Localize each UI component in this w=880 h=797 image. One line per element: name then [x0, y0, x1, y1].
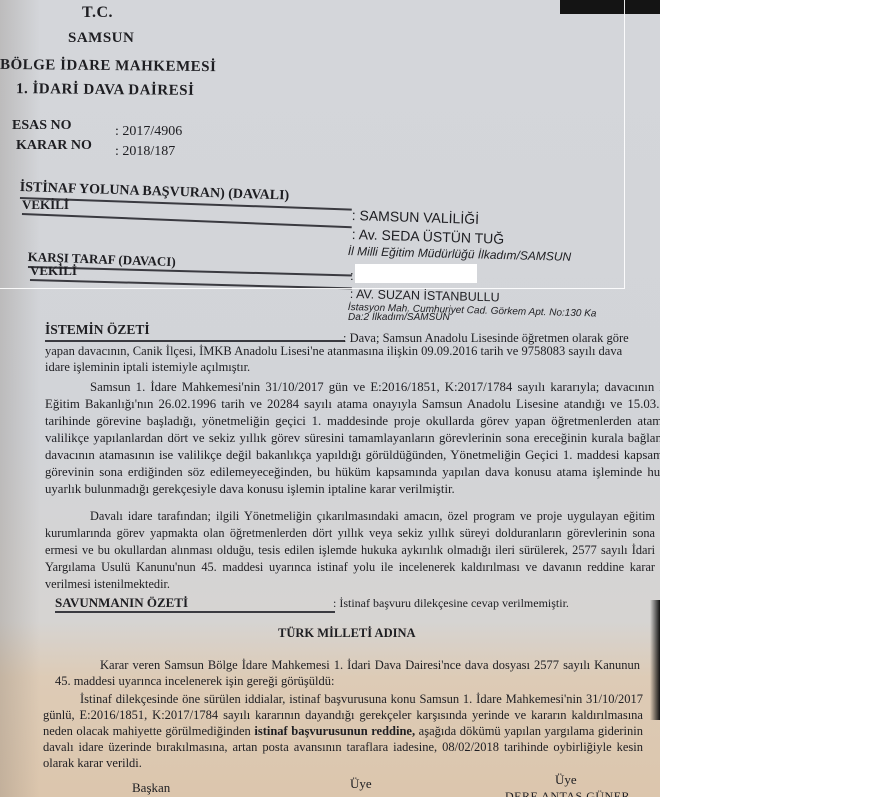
page-edge-shadow	[650, 600, 660, 720]
appeal-grounds-paragraph: Davalı idare tarafından; ilgili Yönetmel…	[45, 508, 655, 593]
president-signature-label: Başkan	[132, 780, 170, 796]
document-photo: T.C. SAMSUN BÖLGE İDARE MAHKEMESİ 1. İDA…	[0, 0, 660, 797]
summary-line-2: idare işleminin iptali istemiyle açılmış…	[45, 360, 250, 375]
underline	[55, 611, 335, 613]
defense-label: SAVUNMANIN ÖZETİ	[55, 595, 188, 611]
decision-intro-paragraph: Karar veren Samsun Bölge İdare Mahkemesi…	[55, 657, 640, 689]
respondent-agent-address-line2: Da:2 İlkadım/SAMSUN	[348, 312, 450, 323]
member-1-signature-label: Üye	[350, 776, 372, 792]
decision-heading: TÜRK MİLLETİ ADINA	[278, 626, 416, 641]
member-2-name-partial: DERE ANTAŞ GÜNER	[505, 789, 630, 797]
first-instance-decision-paragraph: Samsun 1. İdare Mahkemesi'nin 31/10/2017…	[45, 379, 660, 498]
summary-line-1: yapan davacının, Canik İlçesi, İMKB Anad…	[45, 344, 622, 359]
underline	[45, 340, 345, 342]
decision-ruling-paragraph: İstinaf dilekçesinde öne sürülen iddiala…	[43, 691, 643, 771]
member-2-signature-label: Üye	[555, 772, 577, 788]
defense-value: : İstinaf başvuru dilekçesine cevap veri…	[333, 596, 569, 611]
selection-rectangle	[0, 0, 625, 289]
ruling-bold: istinaf başvurusunun reddine,	[254, 724, 415, 738]
summary-label: İSTEMİN ÖZETİ	[45, 322, 150, 338]
